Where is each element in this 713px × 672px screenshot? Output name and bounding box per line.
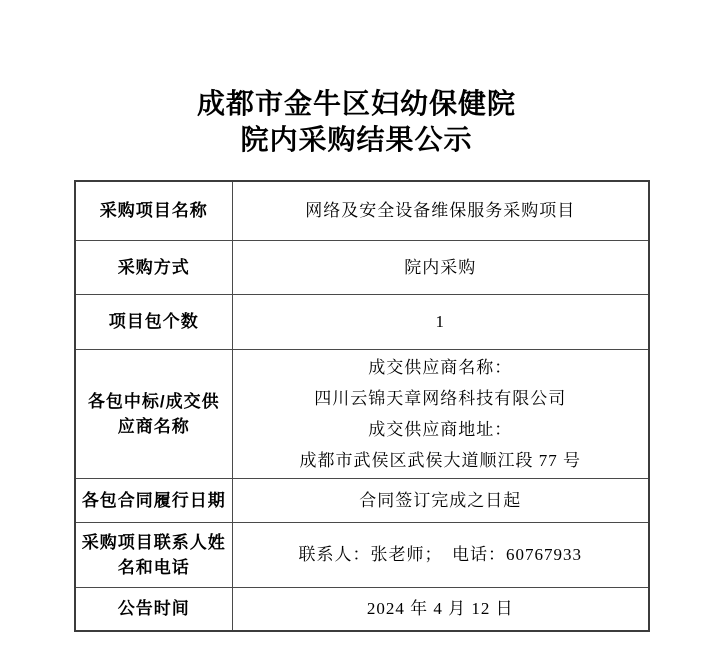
package-count-value: 1 <box>232 294 649 349</box>
page-title: 成都市金牛区妇幼保健院 院内采购结果公示 <box>0 87 713 159</box>
contact-person-label: 采购项目联系人姓名和电话 <box>75 522 232 587</box>
contact-person-value: 联系人：张老师； 电话：60767933 <box>232 522 649 587</box>
contract-performance-date-label: 各包合同履行日期 <box>75 478 232 522</box>
procurement-method-label: 采购方式 <box>75 240 232 294</box>
procurement-method-value: 院内采购 <box>232 240 649 294</box>
table-row-contact-person: 采购项目联系人姓名和电话 联系人：张老师； 电话：60767933 <box>75 522 649 587</box>
winning-supplier-label: 各包中标/成交供应商名称 <box>75 349 232 478</box>
project-name-label: 采购项目名称 <box>75 181 232 240</box>
announcement-date-label: 公告时间 <box>75 587 232 631</box>
winning-supplier-value: 成交供应商名称： 四川云锦天章网络科技有限公司 成交供应商地址： 成都市武侯区武… <box>232 349 649 478</box>
supplier-address: 成都市武侯区武侯大道顺江段 77 号 <box>237 445 645 476</box>
table-row-contract-performance-date: 各包合同履行日期 合同签订完成之日起 <box>75 478 649 522</box>
page-title-line-2: 院内采购结果公示 <box>0 123 713 159</box>
supplier-address-caption: 成交供应商地址： <box>237 414 645 445</box>
table-row-announcement-date: 公告时间 2024 年 4 月 12 日 <box>75 587 649 631</box>
supplier-name-caption: 成交供应商名称： <box>237 352 645 383</box>
table-row-winning-supplier: 各包中标/成交供应商名称 成交供应商名称： 四川云锦天章网络科技有限公司 成交供… <box>75 349 649 478</box>
contract-performance-date-value: 合同签订完成之日起 <box>232 478 649 522</box>
table-row-procurement-method: 采购方式 院内采购 <box>75 240 649 294</box>
announcement-page: 成都市金牛区妇幼保健院 院内采购结果公示 采购项目名称 网络及安全设备维保服务采… <box>0 0 713 672</box>
table-row-package-count: 项目包个数 1 <box>75 294 649 349</box>
announcement-date-value: 2024 年 4 月 12 日 <box>232 587 649 631</box>
package-count-label: 项目包个数 <box>75 294 232 349</box>
procurement-result-table: 采购项目名称 网络及安全设备维保服务采购项目 采购方式 院内采购 项目包个数 1… <box>74 180 650 632</box>
page-title-line-1: 成都市金牛区妇幼保健院 <box>0 87 713 123</box>
table-row-project-name: 采购项目名称 网络及安全设备维保服务采购项目 <box>75 181 649 240</box>
supplier-name: 四川云锦天章网络科技有限公司 <box>237 383 645 414</box>
project-name-value: 网络及安全设备维保服务采购项目 <box>232 181 649 240</box>
